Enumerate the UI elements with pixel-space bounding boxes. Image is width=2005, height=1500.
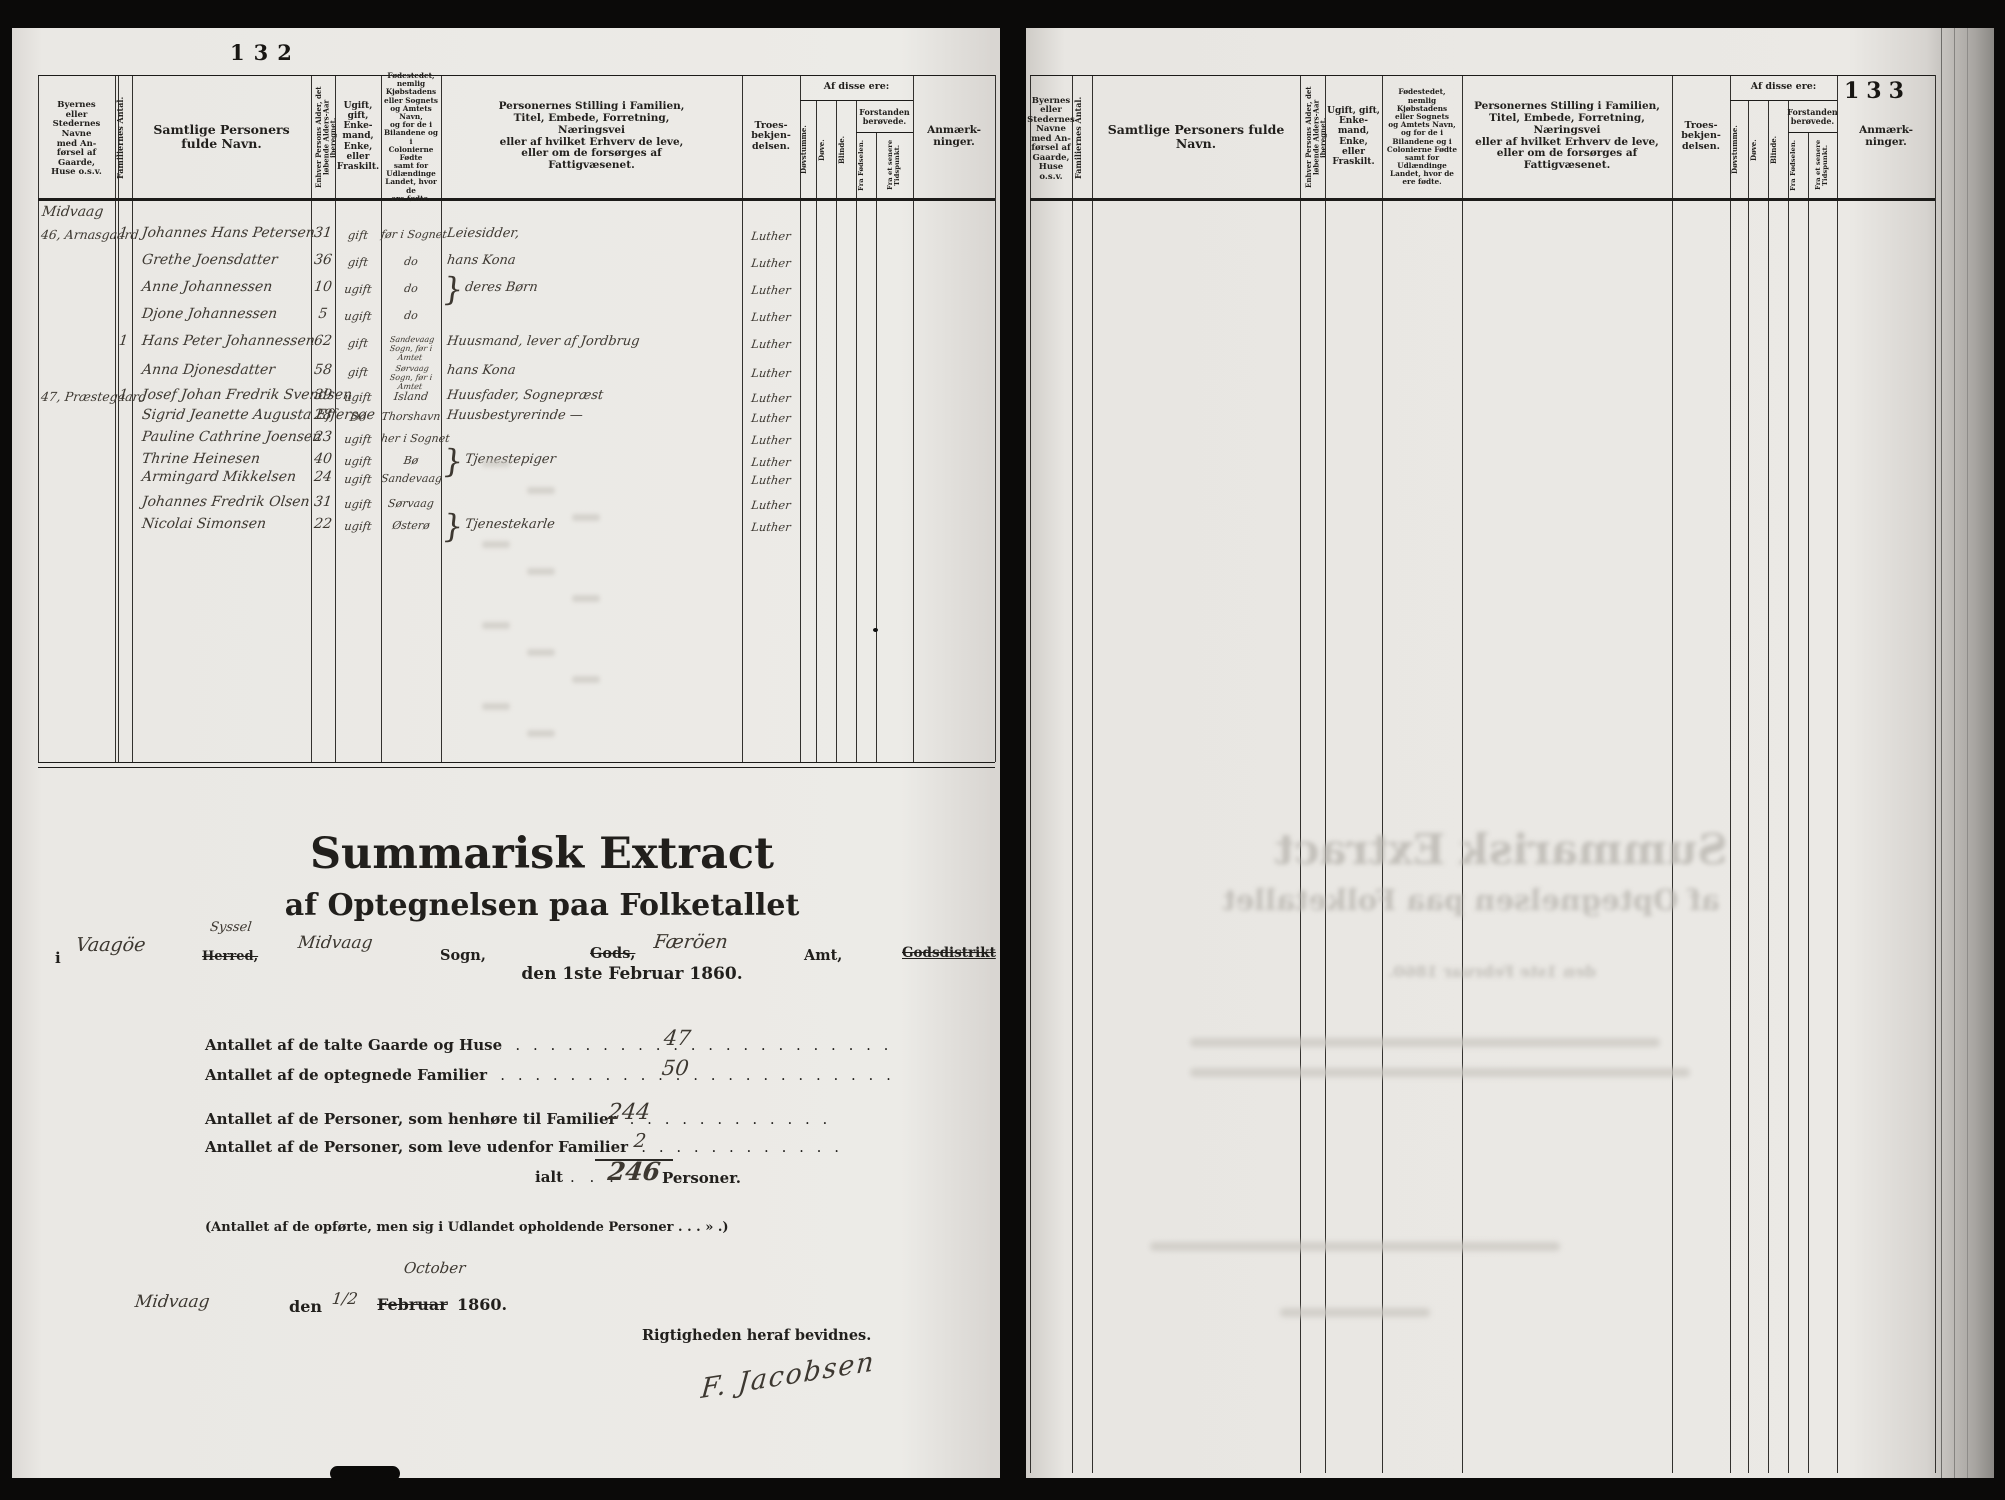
- dotted-leader: . . . . . . . . . . . .: [630, 1110, 832, 1128]
- cell-age: 5: [310, 306, 336, 322]
- cell-birthplace: Sandevaag Sogn, før i Amtet: [380, 335, 441, 363]
- cell-position: deres Børn: [464, 280, 539, 295]
- cell-marital: ugift: [334, 497, 382, 511]
- grid-line: [1300, 75, 1301, 1473]
- bleed-mark: [572, 514, 600, 521]
- scan-artifact-blob: [330, 1466, 400, 1481]
- bleed-mark: [482, 703, 510, 710]
- cell-religion: Luther: [741, 310, 801, 324]
- grid-line: [1030, 75, 1031, 1473]
- cell-marital: ugift: [334, 519, 382, 533]
- bleed-mark: [572, 676, 600, 683]
- column-header-position: Personernes Stilling i Familien, Titel, …: [1464, 75, 1670, 198]
- cell-religion: Luther: [741, 337, 801, 351]
- bleed-mark: [572, 595, 600, 602]
- brace-glyph: }: [441, 270, 466, 308]
- column-header-from-birth: Fra Fødselen.: [1790, 134, 1806, 196]
- item-label-text: Antallet af de Personer, som leve udenfo…: [205, 1138, 628, 1156]
- column-header-birthplace: Fødestedet, nemlig Kjøbstadens eller Sog…: [1384, 77, 1460, 198]
- column-header-remarks: Anmærk- ninger.: [1839, 75, 1933, 198]
- grid-line: [1730, 75, 1731, 1473]
- left-page: 132 Byernes eller Stedernes Navne med An…: [12, 28, 1000, 1478]
- grid-line: [800, 100, 913, 101]
- grid-line: [1672, 75, 1673, 1473]
- grid-line: [1730, 100, 1837, 101]
- cell-birthplace: Island: [380, 390, 442, 403]
- cell-marital: Do: [334, 410, 382, 424]
- cell-religion: Luther: [741, 229, 801, 243]
- item-label-text: Antallet af de optegnede Familier: [205, 1066, 487, 1084]
- sign-month-struck: Februar: [377, 1295, 448, 1314]
- grid-line: [38, 75, 39, 762]
- census-table-left: Byernes eller Stedernes Navne med An- fø…: [12, 28, 1000, 1478]
- cell-marital: ugift: [334, 454, 382, 468]
- cell-birthplace: Sandevaag: [380, 472, 442, 485]
- column-header-marital: Ugift, gift, Enke- mand, Enke, eller Fra…: [1327, 75, 1380, 198]
- loc-district-handwritten: Vaagöe: [75, 934, 147, 956]
- cell-religion: Luther: [741, 433, 801, 447]
- cell-age: 22: [310, 516, 336, 532]
- column-header-remarks: Anmærk- ninger.: [915, 75, 993, 198]
- total-value: 246: [606, 1157, 662, 1186]
- brace-glyph: }: [441, 442, 466, 480]
- sign-year: 1860.: [457, 1295, 507, 1314]
- cell-religion: Luther: [741, 283, 801, 297]
- grid-line: [1935, 75, 1936, 1473]
- cell-marital: gift: [334, 255, 382, 269]
- grid-line: [1748, 100, 1749, 1473]
- cell-position: Leiesidder,: [446, 226, 520, 241]
- attest-line: Rigtigheden heraf bevidnes.: [642, 1327, 871, 1344]
- scanned-census-spread: { "scan": { "left_page_number": "132", "…: [0, 0, 2005, 1500]
- column-header-blind: Blinde.: [838, 104, 854, 196]
- cell-religion: Luther: [741, 520, 801, 534]
- cell-name: Thrine Heinesen: [141, 451, 261, 467]
- column-header-name: Samtlige Personers fulde Navn.: [134, 75, 309, 198]
- grid-line: [876, 132, 877, 762]
- column-header-blind: Blinde.: [1770, 104, 1786, 196]
- cell-age: 40: [310, 451, 336, 467]
- grid-line: [38, 762, 995, 763]
- cell-name: Pauline Cathrine Joensen: [141, 429, 322, 445]
- column-header-insane-group: Forstanden berøvede.: [858, 102, 911, 132]
- loc-parish-handwritten: Midvaag: [297, 933, 374, 953]
- page-edge-line: [1941, 28, 1942, 1478]
- extract-subtitle: af Optegnelsen paa Folketallet: [217, 888, 867, 923]
- extract-title: Summarisk Extract: [217, 829, 867, 879]
- page-edge-line: [1954, 28, 1955, 1478]
- grid-line: [1837, 75, 1838, 1473]
- place-heading: Midvaag: [41, 204, 104, 220]
- cell-age: 28: [310, 407, 336, 423]
- grid-line: [1030, 198, 1935, 201]
- column-header-religion: Troes- bekjen- delsen.: [744, 75, 798, 198]
- summary-item-label: Antallet af de Personer, som henhøre til…: [205, 1110, 831, 1128]
- summary-item-label: Antallet af de optegnede Familier . . . …: [205, 1066, 895, 1084]
- loc-godsdistrikt-struck: Godsdistrikt: [902, 945, 996, 961]
- cell-religion: Luther: [741, 411, 801, 425]
- cell-position: Huusbestyrerinde —: [446, 408, 584, 423]
- cell-position: hans Kona: [446, 363, 516, 378]
- grid-line: [1788, 132, 1837, 133]
- cell-religion: Luther: [741, 473, 801, 487]
- column-header-age: Enhver Persons Alder, det løbende Alders…: [1305, 79, 1321, 196]
- cell-age: 31: [310, 494, 336, 510]
- sign-month-above-handwritten: October: [403, 1259, 467, 1277]
- cell-place: 47, Præstegaard: [40, 389, 148, 404]
- dotted-leader: . . . . . . . . . . . .: [641, 1138, 843, 1156]
- cell-age: 62: [310, 333, 336, 349]
- bleedthrough-date: den 1ste Februar 1860.: [1426, 962, 1596, 981]
- cell-birthplace: Thorshavn: [380, 410, 442, 423]
- bleed-mark: [482, 541, 510, 548]
- grid-line: [132, 75, 133, 762]
- column-header-deaf: Døve.: [818, 104, 834, 196]
- sign-date-handwritten: 1/2: [331, 1289, 359, 1308]
- cell-name: Hans Peter Johannessen: [141, 333, 316, 349]
- loc-gods-struck: Gods,: [590, 945, 635, 962]
- census-table-right: Byernes eller Stedernes Navne med An- fø…: [1026, 28, 1994, 1478]
- bleedthrough-line: [1190, 1038, 1660, 1047]
- cell-marital: gift: [334, 336, 382, 350]
- cell-religion: Luther: [741, 366, 801, 380]
- cell-age: 31: [310, 225, 336, 241]
- cell-age: 36: [310, 252, 336, 268]
- sign-place-handwritten: Midvaag: [134, 1292, 211, 1312]
- grid-line: [1325, 75, 1326, 1473]
- grid-line: [1092, 75, 1093, 1473]
- column-header-of-these: Af disse ere:: [1732, 75, 1835, 100]
- column-header-religion: Troes- bekjen- delsen.: [1674, 75, 1728, 198]
- cell-birthplace: Østerø: [380, 519, 442, 532]
- grid-line: [441, 75, 442, 762]
- grid-line: [1462, 75, 1463, 1473]
- cell-name: Anna Djonesdatter: [141, 362, 276, 378]
- cell-position: Huusmand, lever af Jordbrug: [446, 334, 640, 349]
- cell-birthplace: do: [380, 309, 442, 322]
- cell-name: Johannes Hans Petersen: [141, 225, 316, 241]
- cell-age: 39: [310, 387, 336, 403]
- loc-prefix: i: [55, 949, 61, 967]
- total-suffix: Personer.: [662, 1169, 741, 1187]
- column-header-later: Fra et senere Tidspunkt.: [887, 134, 903, 196]
- column-header-place: Byernes eller Stedernes Navne med An- fø…: [40, 81, 113, 198]
- summary-item-label: Antallet af de talte Gaarde og Huse . . …: [205, 1036, 892, 1054]
- cell-birthplace: Sørvaag Sogn, før i Amtet: [380, 364, 441, 392]
- cell-name: Johannes Fredrik Olsen: [141, 494, 311, 510]
- item-label-text: Antallet af de Personer, som henhøre til…: [205, 1110, 616, 1128]
- column-header-of-these: Af disse ere:: [802, 75, 911, 100]
- column-header-age: Enhver Persons Alder, det løbende Alders…: [315, 79, 331, 196]
- bleed-mark: [527, 649, 555, 656]
- bleedthrough-subtitle: af Optegnelsen paa Folketallet: [1186, 883, 1756, 917]
- cell-birthplace: her i Sognet: [380, 432, 442, 445]
- bleedthrough-line: [1150, 1242, 1560, 1251]
- cell-marital: gift: [334, 228, 382, 242]
- cell-religion: Luther: [741, 455, 801, 469]
- cell-families: 1: [118, 333, 129, 349]
- grid-line: [38, 198, 995, 201]
- abroad-note: (Antallet af de opførte, men sig i Udlan…: [205, 1220, 729, 1235]
- bleed-mark: [527, 487, 555, 494]
- grid-line: [913, 75, 914, 762]
- column-header-birthplace: Fødestedet, nemlig Kjøbstadens eller Sog…: [383, 77, 439, 198]
- cell-position: Tjenestepiger: [464, 452, 557, 467]
- right-page: 133 Byernes eller Stedernes Navne med An…: [1026, 28, 1994, 1478]
- bleed-mark: [482, 460, 510, 467]
- column-header-position: Personernes Stilling i Familien, Titel, …: [443, 75, 740, 198]
- grid-line: [1788, 100, 1789, 1473]
- column-header-deafmute: Døvstumme.: [1731, 104, 1747, 196]
- column-header-insane-group: Forstanden berøvede.: [1790, 102, 1835, 132]
- cell-age: 58: [310, 362, 336, 378]
- cell-marital: ugift: [334, 432, 382, 446]
- loc-syssel-handwritten: Syssel: [209, 920, 252, 935]
- cell-age: 10: [310, 279, 336, 295]
- grid-line: [1382, 75, 1383, 1473]
- column-header-name: Samtlige Personers fulde Navn.: [1094, 75, 1298, 198]
- summary-item-value: 47: [663, 1026, 693, 1050]
- cell-age: 24: [310, 469, 336, 485]
- cell-name: Nicolai Simonsen: [141, 516, 267, 532]
- bleedthrough-line: [1280, 1308, 1430, 1317]
- cell-name: Grethe Joensdatter: [141, 252, 279, 268]
- cell-name: Armingard Mikkelsen: [141, 469, 297, 485]
- cell-marital: ugift: [334, 282, 382, 296]
- cell-position: Tjenestekarle: [464, 517, 556, 532]
- column-header-deafmute: Døvstumme.: [800, 104, 816, 196]
- column-header-families: Familiernes Antal.: [1074, 81, 1090, 194]
- loc-herred-struck: Herred,: [202, 949, 258, 964]
- cell-religion: Luther: [741, 498, 801, 512]
- item-label-text: Antallet af de talte Gaarde og Huse: [205, 1036, 502, 1054]
- column-header-later: Fra et senere Tidspunkt.: [1815, 134, 1831, 196]
- column-header-families: Familiernes Antal.: [116, 81, 132, 194]
- cell-birthplace: før i Sognet: [380, 228, 442, 241]
- cell-position: Huusfader, Sognepræst: [446, 388, 604, 403]
- cell-birthplace: do: [380, 255, 442, 268]
- total-label: ialt: [535, 1168, 563, 1186]
- cell-birthplace: Bø: [380, 454, 442, 467]
- grid-line: [1768, 100, 1769, 1473]
- cell-marital: ugift: [334, 309, 382, 323]
- loc-amt-label: Amt,: [804, 947, 842, 964]
- ink-speck: [873, 628, 878, 632]
- cell-marital: gift: [334, 365, 382, 379]
- cell-marital: ugift: [334, 390, 382, 404]
- extract-date-line: den 1ste Februar 1860.: [432, 964, 832, 984]
- cell-name: Djone Johannessen: [141, 306, 278, 322]
- cell-birthplace: do: [380, 282, 442, 295]
- cell-religion: Luther: [741, 391, 801, 405]
- brace-glyph: }: [441, 507, 466, 545]
- cell-age: 23: [310, 429, 336, 445]
- cell-birthplace: Sørvaag: [380, 497, 442, 510]
- cell-marital: ugift: [334, 472, 382, 486]
- grid-line: [38, 767, 995, 768]
- column-header-marital: Ugift, gift, Enke- mand, Enke, eller Fra…: [337, 75, 379, 198]
- bleed-mark: [527, 730, 555, 737]
- cell-name: Anne Johannessen: [141, 279, 273, 295]
- bleedthrough-title: Summarisk Extract: [1216, 825, 1786, 874]
- grid-line: [995, 75, 996, 762]
- column-header-from-birth: Fra Fødselen.: [858, 134, 874, 196]
- column-header-place: Byernes eller Stedernes Navne med An- fø…: [1032, 81, 1070, 198]
- bleed-mark: [527, 568, 555, 575]
- cell-position: hans Kona: [446, 253, 516, 268]
- summary-item-value: 244: [606, 1100, 651, 1125]
- bleedthrough-line: [1190, 1068, 1690, 1077]
- loc-amt-handwritten: Færöen: [653, 931, 729, 953]
- grid-line: [856, 132, 913, 133]
- column-header-deaf: Døve.: [1750, 104, 1766, 196]
- bleed-mark: [482, 622, 510, 629]
- page-edge-line: [1967, 28, 1968, 1478]
- dotted-leader: . . . . . . . . . . . . . . . . . . . . …: [500, 1066, 895, 1084]
- grid-line: [1808, 132, 1809, 1473]
- summary-item-label: Antallet af de Personer, som leve udenfo…: [205, 1138, 843, 1156]
- loc-parish-label: Sogn,: [440, 947, 486, 964]
- dotted-leader: . . . . . . . . . . . . . . . . . . . . …: [515, 1036, 892, 1054]
- sign-den-label: den: [289, 1297, 322, 1316]
- summary-item-value: 50: [661, 1056, 691, 1080]
- cell-religion: Luther: [741, 256, 801, 270]
- grid-line: [1072, 75, 1073, 1473]
